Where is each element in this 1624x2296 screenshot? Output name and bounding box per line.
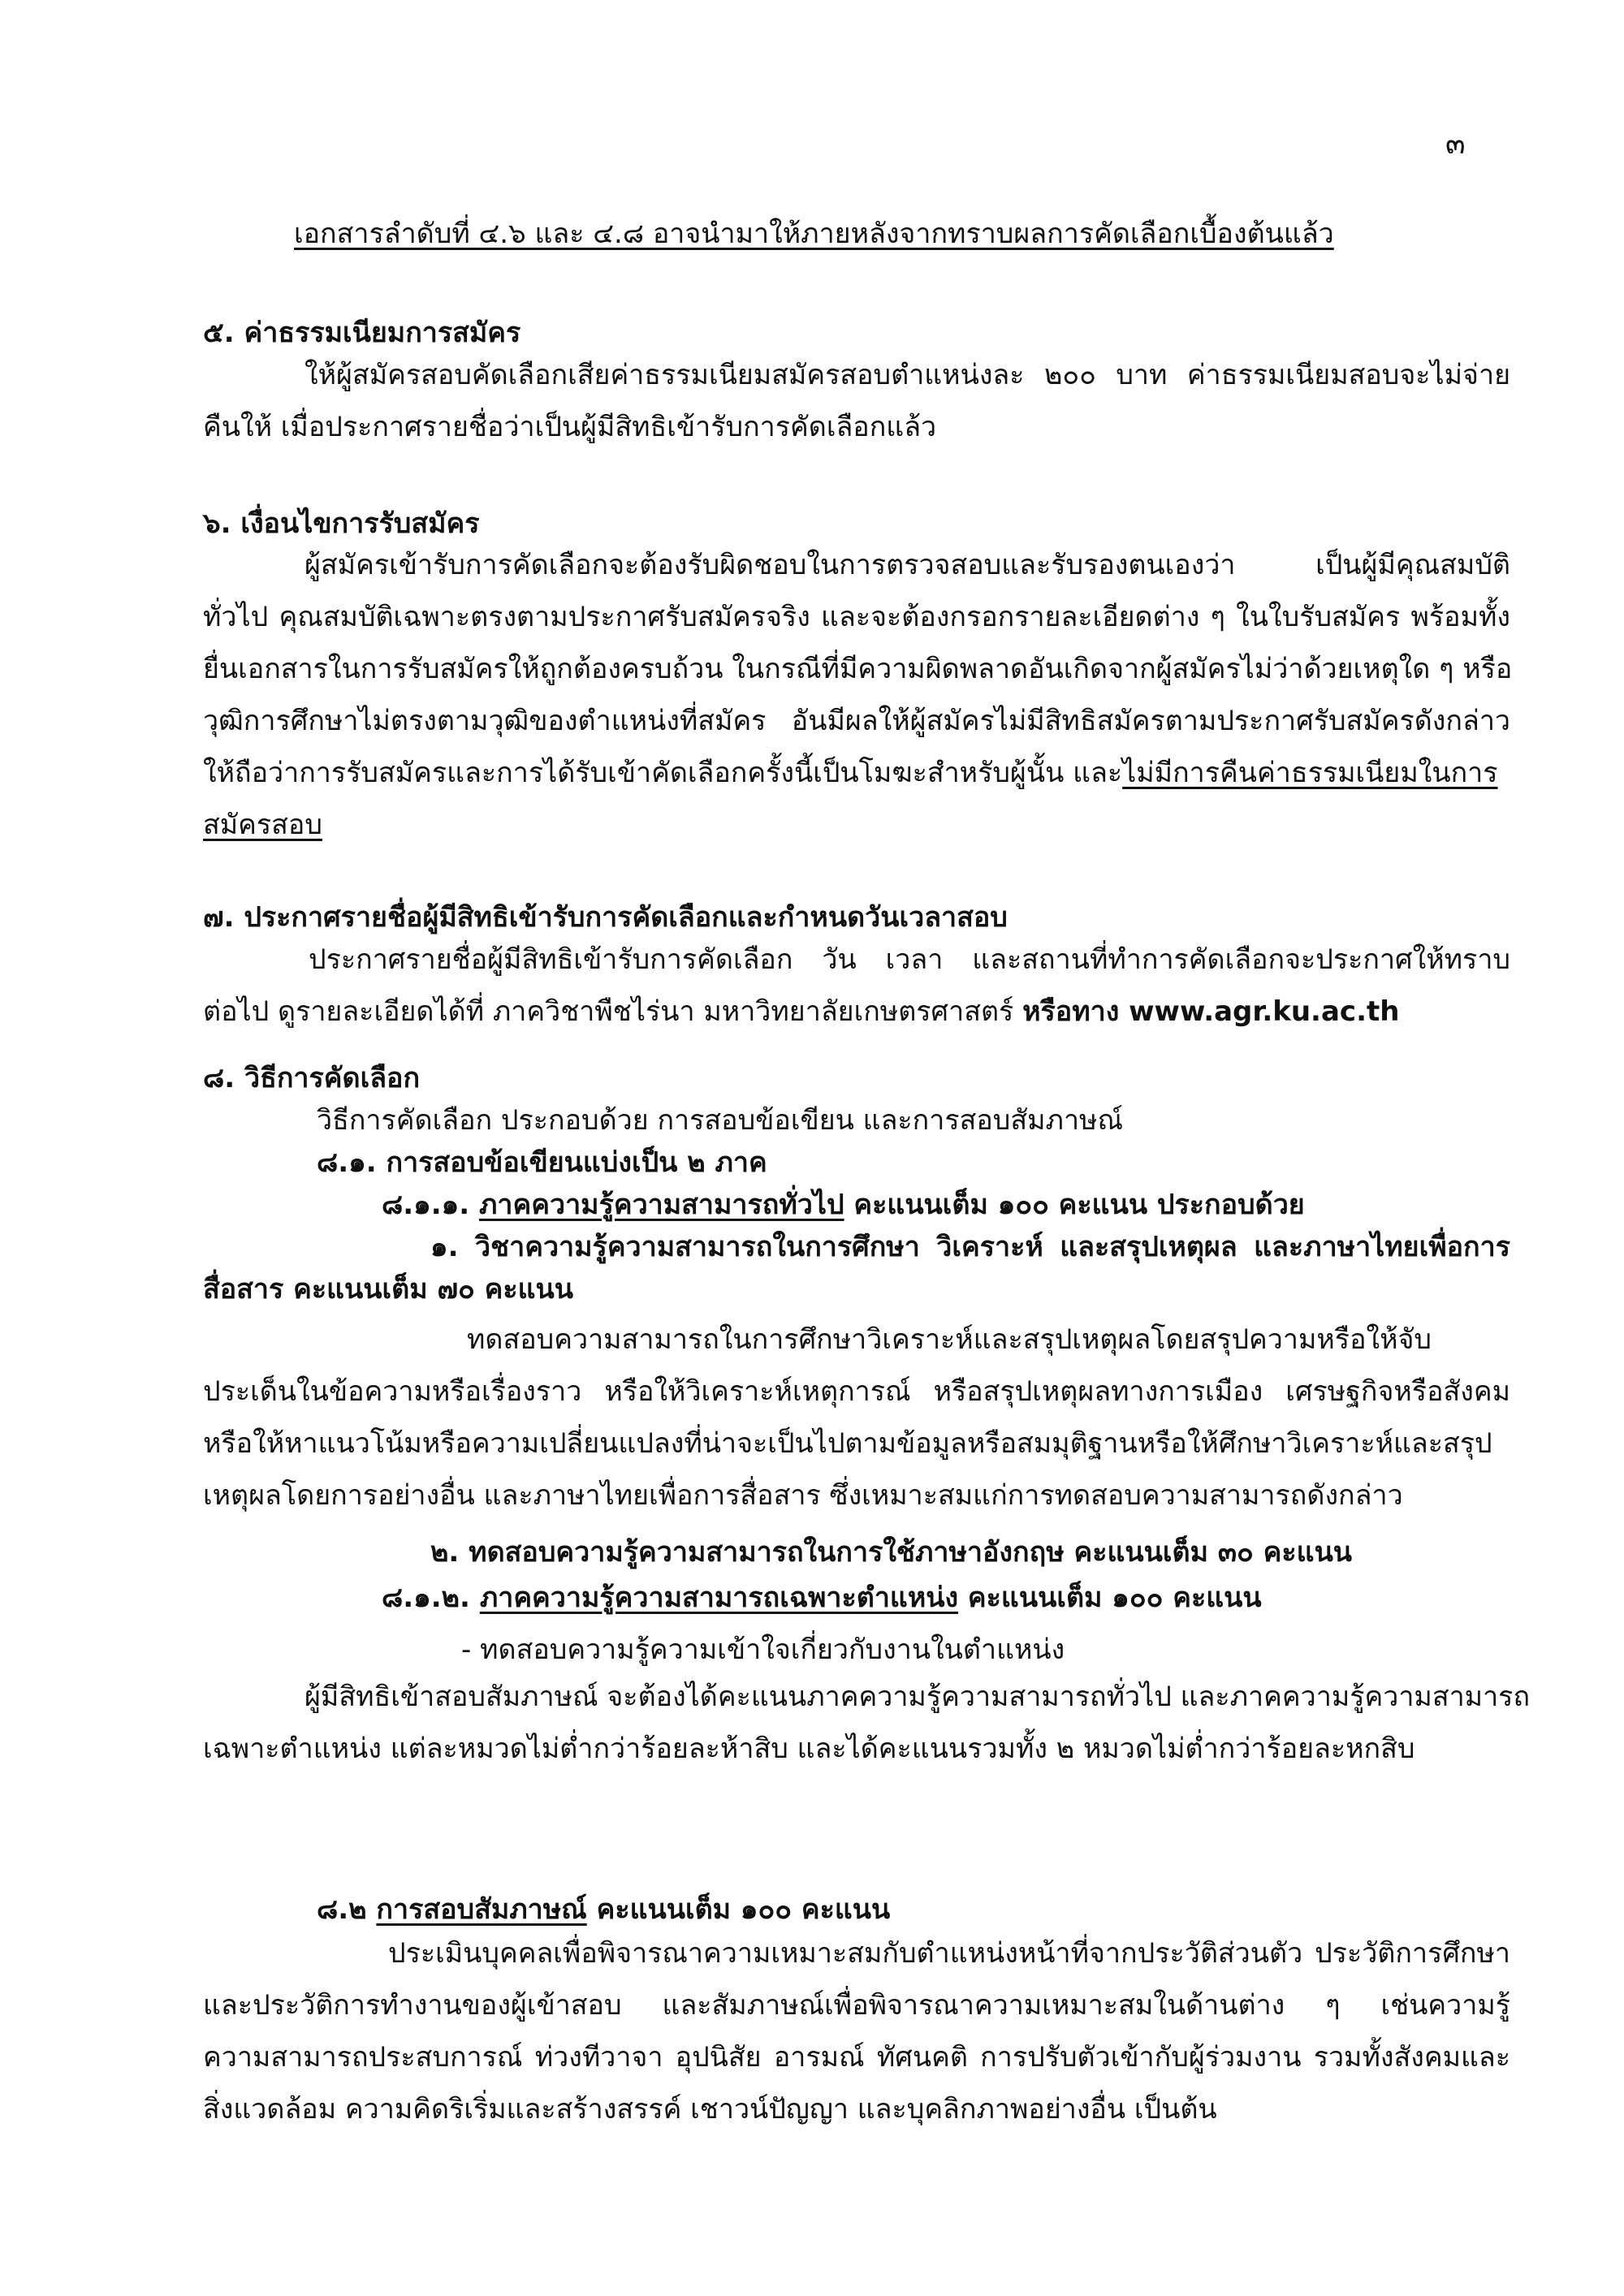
section-8-2-score: คะแนนเต็ม ๑๐๐ คะแนน [587, 1893, 891, 1926]
section-8-1-1-item-1: ๑. วิชาความรู้ความสามารถในการศึกษา วิเคร… [430, 1231, 1510, 1264]
section-8-intro: วิธีการคัดเลือก ประกอบด้วย การสอบข้อเขีย… [317, 1104, 1123, 1137]
section-8-2-line: ประเมินบุคคลเพื่อพิจารณาความเหมาะสมกับตำ… [388, 1937, 1510, 1970]
section-8-2-line: ความสามารถประสบการณ์ ท่วงทีวาจา อุปนิสัย… [203, 2041, 1510, 2074]
section-8-1-1-score: คะแนนเต็ม ๑๐๐ คะแนน ประกอบด้วย [844, 1189, 1305, 1221]
section-6-line: ให้ถือว่าการรับสมัครและการได้รับเข้าคัดเ… [203, 757, 1498, 790]
section-8-2-heading: ๘.๒ การสอบสัมภาษณ์ คะแนนเต็ม ๑๐๐ คะแนน [317, 1893, 890, 1927]
section-8-1-2-title: ภาคความรู้ความสามารถเฉพาะตำแหน่ง [480, 1582, 958, 1614]
section-8-1-2-heading: ๘.๑.๒. ภาคความรู้ความสามารถเฉพาะตำแหน่ง … [382, 1582, 1262, 1615]
section-8-1-1-heading: ๘.๑.๑. ภาคความรู้ความสามารถทั่วไป คะแนนเ… [382, 1189, 1305, 1222]
section-8-2-number: ๘.๒ [317, 1893, 376, 1926]
section-8-1-2-bullet: - ทดสอบความรู้ความเข้าใจเกี่ยวกับงานในตำ… [461, 1634, 1065, 1667]
page-number: ๓ [1445, 120, 1466, 166]
section-8-heading: ๘. วิธีการคัดเลือก [203, 1062, 420, 1095]
section-8-1-1-desc: ทดสอบความสามารถในการศึกษาวิเคราะห์และสรุ… [467, 1323, 1510, 1357]
section-6-line: วุฒิการศึกษาไม่ตรงตามวุฒิของตำแหน่งที่สม… [203, 705, 1510, 738]
document-note: เอกสารลำดับที่ ๔.๖ และ ๔.๘ อาจนำมาให้ภาย… [294, 218, 1334, 251]
pass-criteria-line: ผู้มีสิทธิเข้าสอบสัมภาษณ์ จะต้องได้คะแนน… [304, 1681, 1510, 1714]
section-8-1-1-title: ภาคความรู้ความสามารถทั่วไป [479, 1189, 844, 1221]
section-8-1-1-desc: ประเด็นในข้อความหรือเรื่องราว หรือให้วิเ… [203, 1375, 1510, 1409]
website-link[interactable]: หรือทาง www.agr.ku.ac.th [1022, 995, 1399, 1028]
section-5-line: คืนให้ เมื่อประกาศรายชื่อว่าเป็นผู้มีสิท… [203, 411, 936, 444]
section-8-1-1-item-2: ๒. ทดสอบความรู้ความสามารถในการใช้ภาษาอัง… [430, 1536, 1352, 1569]
section-8-1-2-number: ๘.๑.๒. [382, 1582, 480, 1614]
section-6-line: ยื่นเอกสารในการรับสมัครให้ถูกต้องครบถ้วน… [203, 653, 1510, 686]
section-7-location-text: ต่อไป ดูรายละเอียดได้ที่ ภาควิชาพืชไร่นา… [203, 995, 1022, 1028]
section-8-1-1-number: ๘.๑.๑. [382, 1189, 479, 1221]
section-7-line: ประกาศรายชื่อผู้มีสิทธิเข้ารับการคัดเลือ… [309, 943, 1510, 977]
section-7-heading: ๗. ประกาศรายชื่อผู้มีสิทธิเข้ารับการคัดเ… [203, 901, 1008, 934]
section-8-2-title: การสอบสัมภาษณ์ [376, 1893, 586, 1926]
section-8-2-line: สิ่งแวดล้อม ความคิดริเริ่มและสร้างสรรค์ … [203, 2093, 1217, 2126]
section-8-1-1-desc: หรือให้หาแนวโน้มหรือความเปลี่ยนแปลงที่น่… [203, 1427, 1510, 1461]
section-8-1-heading: ๘.๑. การสอบข้อเขียนแบ่งเป็น ๒ ภาค [317, 1146, 767, 1180]
section-6-line: ทั่วไป คุณสมบัติเฉพาะตรงตามประกาศรับสมัค… [203, 601, 1510, 634]
section-7-line: ต่อไป ดูรายละเอียดได้ที่ ภาควิชาพืชไร่นา… [203, 995, 1399, 1029]
section-8-1-2-score: คะแนนเต็ม ๑๐๐ คะแนน [958, 1582, 1262, 1614]
no-refund-notice: ไม่มีการคืนค่าธรรมเนียมในการ [1122, 757, 1497, 789]
section-5-heading: ๕. ค่าธรรมเนียมการสมัคร [203, 317, 520, 350]
section-8-1-1-desc: เหตุผลโดยการอย่างอื่น และภาษาไทยเพื่อการ… [203, 1479, 1403, 1513]
section-6-line: ผู้สมัครเข้ารับการคัดเลือกจะต้องรับผิดชอ… [304, 549, 1510, 582]
section-5-line: ให้ผู้สมัครสอบคัดเลือกเสียค่าธรรมเนียมสม… [304, 359, 1510, 392]
pass-criteria-line: เฉพาะตำแหน่ง แต่ละหมวดไม่ต่ำกว่าร้อยละห้… [203, 1733, 1415, 1766]
no-refund-notice-continued: สมัครสอบ [203, 809, 322, 842]
section-8-2-line: และประวัติการทำงานของผู้เข้าสอบ และสัมภา… [203, 1989, 1510, 2022]
section-8-1-1-item-1-cont: สื่อสาร คะแนนเต็ม ๗๐ คะแนน [203, 1273, 573, 1306]
section-6-heading: ๖. เงื่อนไขการรับสมัคร [203, 507, 480, 541]
section-6-last-line-text: ให้ถือว่าการรับสมัครและการได้รับเข้าคัดเ… [203, 757, 1122, 789]
